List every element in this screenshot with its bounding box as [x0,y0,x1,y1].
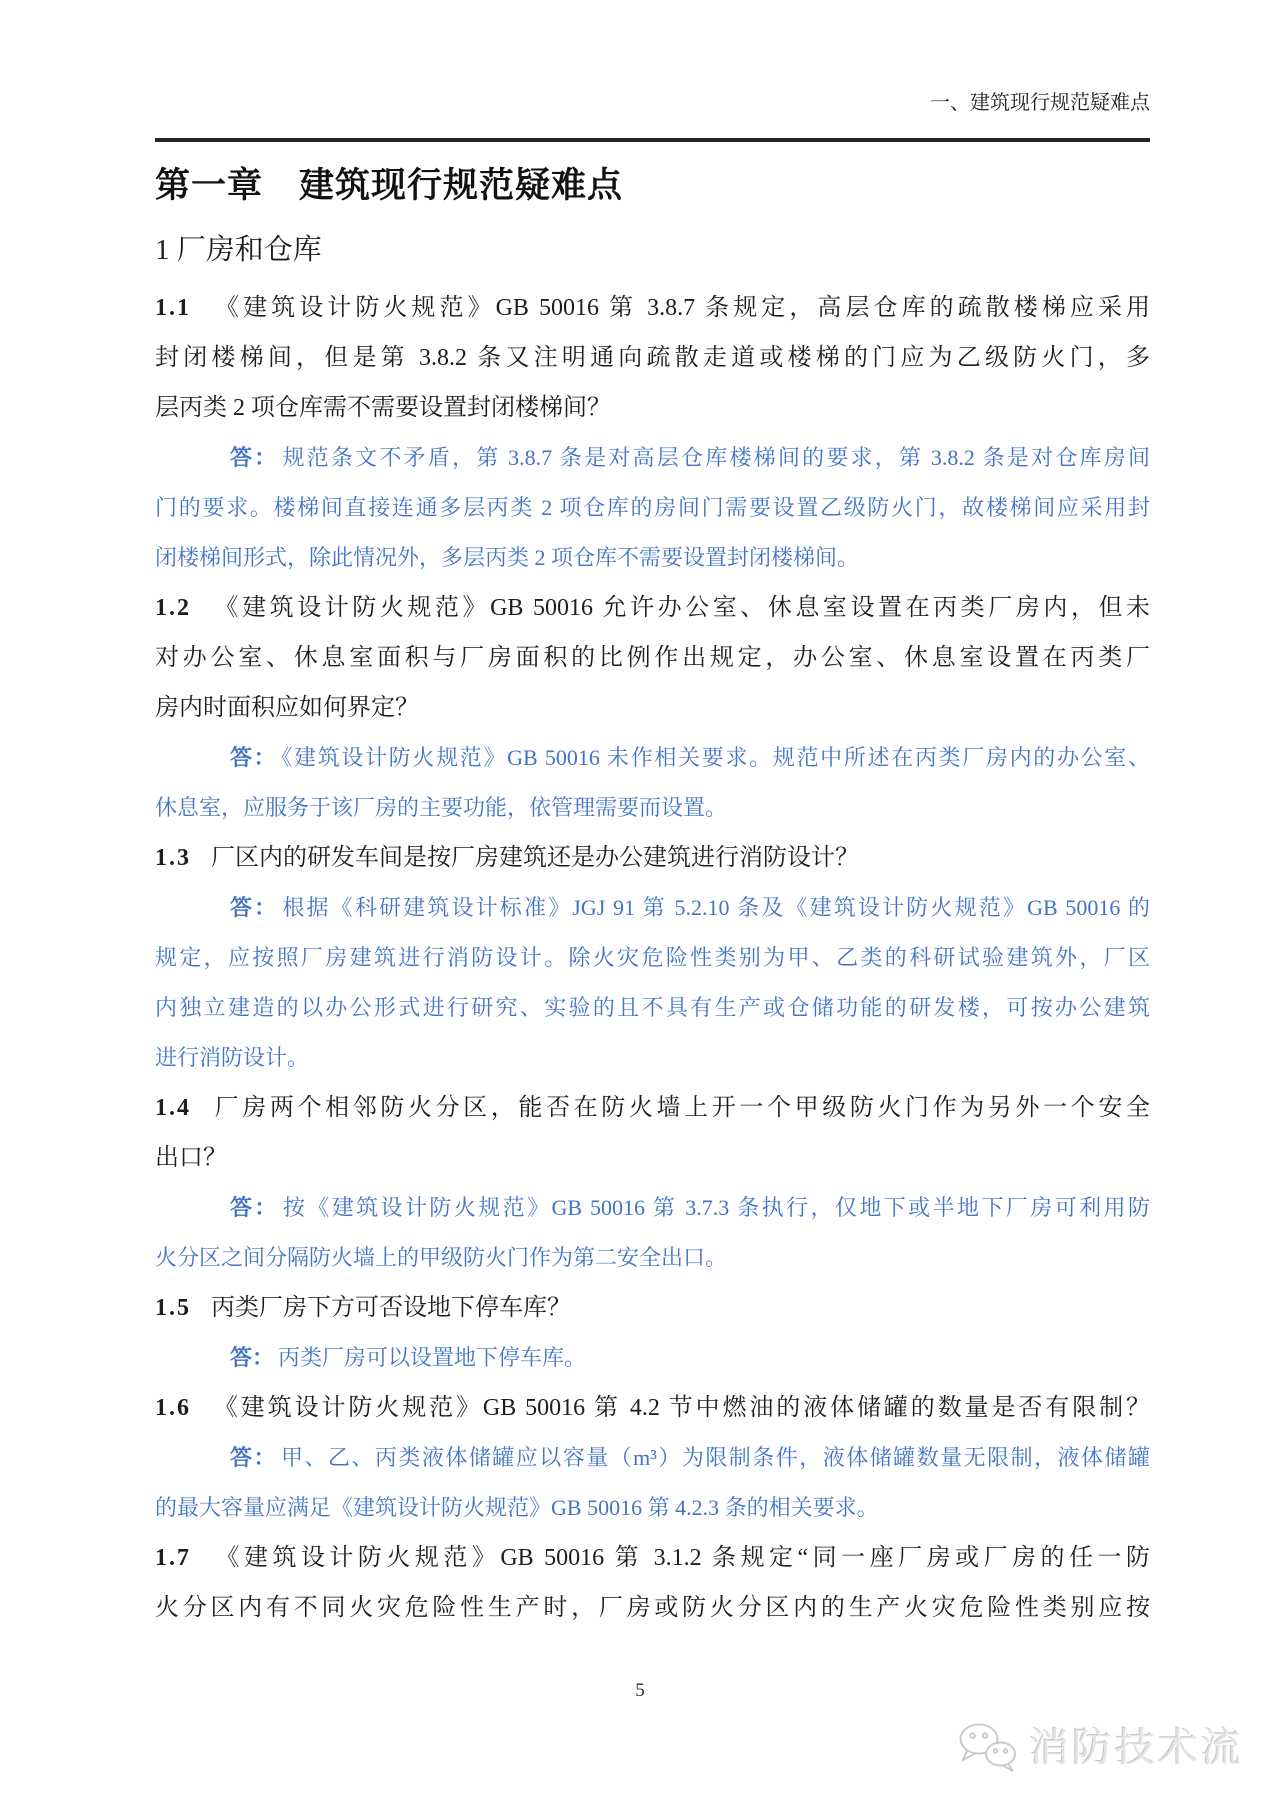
answer-line: 答：根据《科研建筑设计标准》JGJ 91 第 5.2.10 条及《建筑设计防火规… [155,883,1150,933]
question-line: 1.4厂房两个相邻防火分区，能否在防火墙上开一个甲级防火门作为另外一个安全 [155,1083,1150,1133]
question-paragraph: 1.2《建筑设计防火规范》GB 50016 允许办公室、休息室设置在丙类厂房内，… [155,583,1150,733]
header-divider [155,138,1150,142]
item-number: 1.1 [155,295,191,321]
question-paragraph: 1.6《建筑设计防火规范》GB 50016 第 4.2 节中燃油的液体储罐的数量… [155,1383,1150,1433]
answer-prefix: 答： [230,1445,277,1470]
page-content: 一、建筑现行规范疑难点 第一章 建筑现行规范疑难点 1 厂房和仓库 1.1《建筑… [155,0,1150,1633]
section-title: 1 厂房和仓库 [155,234,1150,267]
answer-line: 火分区之间分隔防火墙上的甲级防火门作为第二安全出口。 [155,1233,1150,1283]
question-line: 封闭楼梯间，但是第 3.8.2 条又注明通向疏散走道或楼梯的门应为乙级防火门，多 [155,333,1150,383]
qa-item: 1.7《建筑设计防火规范》GB 50016 第 3.1.2 条规定“同一座厂房或… [155,1533,1150,1633]
item-number: 1.3 [155,845,191,871]
answer-line: 规定，应按照厂房建筑进行消防设计。除火灾危险性类别为甲、乙类的科研试验建筑外，厂… [155,933,1150,983]
answer-text: 丙类厂房可以设置地下停车库。 [278,1345,586,1370]
qa-item: 1.5丙类厂房下方可否设地下停车库？答：丙类厂房可以设置地下停车库。 [155,1283,1150,1383]
question-line: 层丙类 2 项仓库需不需要设置封闭楼梯间？ [155,383,1150,433]
question-text: 《建筑设计防火规范》GB 50016 第 3.1.2 条规定“同一座厂房或厂房的… [211,1545,1150,1571]
item-number: 1.6 [155,1395,191,1421]
question-line: 火分区内有不同火灾危险性生产时，厂房或防火分区内的生产火灾危险性类别应按 [155,1583,1150,1633]
question-text: 《建筑设计防火规范》GB 50016 允许办公室、休息室设置在丙类厂房内，但未 [211,595,1150,621]
item-number: 1.5 [155,1295,191,1321]
question-text: 丙类厂房下方可否设地下停车库？ [211,1295,571,1321]
question-line: 1.5丙类厂房下方可否设地下停车库？ [155,1283,1150,1333]
answer-text: 根据《科研建筑设计标准》JGJ 91 第 5.2.10 条及《建筑设计防火规范》… [282,895,1150,920]
answer-paragraph: 答：甲、乙、丙类液体储罐应以容量（m³）为限制条件，液体储罐数量无限制，液体储罐… [155,1433,1150,1533]
answer-prefix: 答： [230,895,278,920]
question-paragraph: 1.4厂房两个相邻防火分区，能否在防火墙上开一个甲级防火门作为另外一个安全出口？ [155,1083,1150,1183]
qa-item: 1.1《建筑设计防火规范》GB 50016 第 3.8.7 条规定，高层仓库的疏… [155,283,1150,583]
answer-line: 答：规范条文不矛盾，第 3.8.7 条是对高层仓库楼梯间的要求，第 3.8.2 … [155,433,1150,483]
question-line: 1.1《建筑设计防火规范》GB 50016 第 3.8.7 条规定，高层仓库的疏… [155,283,1150,333]
qa-item: 1.4厂房两个相邻防火分区，能否在防火墙上开一个甲级防火门作为另外一个安全出口？… [155,1083,1150,1283]
question-text: 厂区内的研发车间是按厂房建筑还是办公建筑进行消防设计？ [211,845,859,871]
answer-line: 进行消防设计。 [155,1033,1150,1083]
answer-line: 答：甲、乙、丙类液体储罐应以容量（m³）为限制条件，液体储罐数量无限制，液体储罐 [155,1433,1150,1483]
page-number: 5 [0,1680,1280,1702]
answer-line: 答：按《建筑设计防火规范》GB 50016 第 3.7.3 条执行，仅地下或半地… [155,1183,1150,1233]
question-line: 出口？ [155,1133,1150,1183]
answer-line: 内独立建造的以办公形式进行研究、实验的且不具有生产或仓储功能的研发楼，可按办公建… [155,983,1150,1033]
answer-text: 规范条文不矛盾，第 3.8.7 条是对高层仓库楼梯间的要求，第 3.8.2 条是… [282,445,1150,470]
question-line: 1.6《建筑设计防火规范》GB 50016 第 4.2 节中燃油的液体储罐的数量… [155,1383,1150,1433]
question-line: 房内时面积应如何界定？ [155,683,1150,733]
question-text: 厂房两个相邻防火分区，能否在防火墙上开一个甲级防火门作为另外一个安全 [211,1095,1150,1121]
answer-prefix: 答： [230,1345,274,1370]
document-page: { "page": { "header": "一、建筑现行规范疑难点", "ch… [0,0,1280,1810]
answer-text: 《建筑设计防火规范》GB 50016 未作相关要求。规范中所述在丙类厂房内的办公… [281,745,1150,770]
question-line: 1.7《建筑设计防火规范》GB 50016 第 3.1.2 条规定“同一座厂房或… [155,1533,1150,1583]
answer-paragraph: 答：根据《科研建筑设计标准》JGJ 91 第 5.2.10 条及《建筑设计防火规… [155,883,1150,1083]
question-paragraph: 1.3厂区内的研发车间是按厂房建筑还是办公建筑进行消防设计？ [155,833,1150,883]
qa-list: 1.1《建筑设计防火规范》GB 50016 第 3.8.7 条规定，高层仓库的疏… [155,283,1150,1633]
answer-line: 门的要求。楼梯间直接连通多层丙类 2 项仓库的房间门需要设置乙级防火门，故楼梯间… [155,483,1150,533]
question-paragraph: 1.1《建筑设计防火规范》GB 50016 第 3.8.7 条规定，高层仓库的疏… [155,283,1150,433]
question-text: 《建筑设计防火规范》GB 50016 第 3.8.7 条规定，高层仓库的疏散楼梯… [211,295,1150,321]
watermark: 消防技术流 [957,1722,1244,1774]
answer-line: 休息室，应服务于该厂房的主要功能，依管理需要而设置。 [155,783,1150,833]
answer-prefix: 答： [230,1195,279,1220]
answer-line: 答：丙类厂房可以设置地下停车库。 [155,1333,1150,1383]
answer-paragraph: 答：按《建筑设计防火规范》GB 50016 第 3.7.3 条执行，仅地下或半地… [155,1183,1150,1283]
question-line: 对办公室、休息室面积与厂房面积的比例作出规定，办公室、休息室设置在丙类厂 [155,633,1150,683]
answer-line: 的最大容量应满足《建筑设计防火规范》GB 50016 第 4.2.3 条的相关要… [155,1483,1150,1533]
qa-item: 1.3厂区内的研发车间是按厂房建筑还是办公建筑进行消防设计？答：根据《科研建筑设… [155,833,1150,1083]
answer-prefix: 答： [230,745,277,770]
wechat-icon [957,1722,1019,1774]
watermark-text: 消防技术流 [1029,1724,1244,1772]
answer-text: 甲、乙、丙类液体储罐应以容量（m³）为限制条件，液体储罐数量无限制，液体储罐 [281,1445,1150,1470]
item-number: 1.4 [155,1095,191,1121]
answer-text: 按《建筑设计防火规范》GB 50016 第 3.7.3 条执行，仅地下或半地下厂… [283,1195,1150,1220]
answer-paragraph: 答：规范条文不矛盾，第 3.8.7 条是对高层仓库楼梯间的要求，第 3.8.2 … [155,433,1150,583]
question-paragraph: 1.7《建筑设计防火规范》GB 50016 第 3.1.2 条规定“同一座厂房或… [155,1533,1150,1633]
answer-line: 闭楼梯间形式，除此情况外，多层丙类 2 项仓库不需要设置封闭楼梯间。 [155,533,1150,583]
answer-prefix: 答： [230,445,278,470]
running-header: 一、建筑现行规范疑难点 [155,92,1150,114]
chapter-title: 第一章 建筑现行规范疑难点 [155,167,1150,205]
answer-paragraph: 答：丙类厂房可以设置地下停车库。 [155,1333,1150,1383]
item-number: 1.7 [155,1545,191,1571]
question-line: 1.2《建筑设计防火规范》GB 50016 允许办公室、休息室设置在丙类厂房内，… [155,583,1150,633]
question-line: 1.3厂区内的研发车间是按厂房建筑还是办公建筑进行消防设计？ [155,833,1150,883]
answer-line: 答：《建筑设计防火规范》GB 50016 未作相关要求。规范中所述在丙类厂房内的… [155,733,1150,783]
question-paragraph: 1.5丙类厂房下方可否设地下停车库？ [155,1283,1150,1333]
answer-paragraph: 答：《建筑设计防火规范》GB 50016 未作相关要求。规范中所述在丙类厂房内的… [155,733,1150,833]
qa-item: 1.6《建筑设计防火规范》GB 50016 第 4.2 节中燃油的液体储罐的数量… [155,1383,1150,1533]
question-text: 《建筑设计防火规范》GB 50016 第 4.2 节中燃油的液体储罐的数量是否有… [211,1395,1150,1421]
item-number: 1.2 [155,595,191,621]
qa-item: 1.2《建筑设计防火规范》GB 50016 允许办公室、休息室设置在丙类厂房内，… [155,583,1150,833]
